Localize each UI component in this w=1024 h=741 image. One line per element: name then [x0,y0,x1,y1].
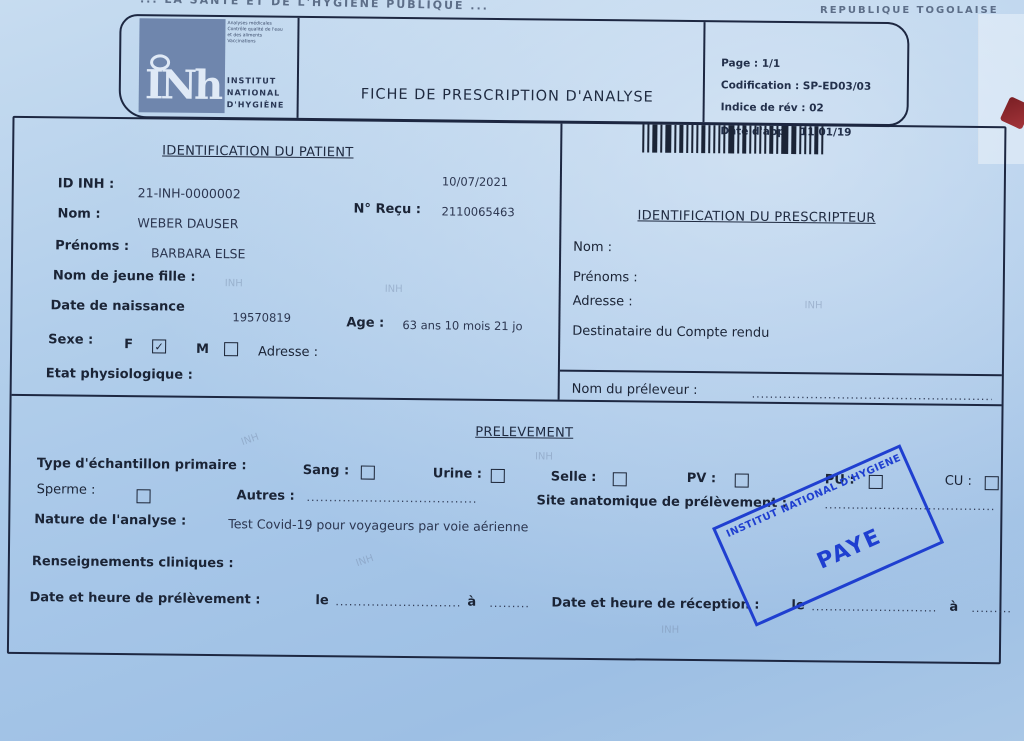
id-label: ID INH : [58,176,115,192]
logo-service: Vaccinations [227,39,295,46]
patient-section-title: IDENTIFICATION DU PATIENT [162,143,354,160]
meta-codification: Codification : SP-ED03/03 [721,74,872,98]
nature-analyse-value[interactable]: Test Covid-19 pour voyageurs par voie aé… [228,516,528,534]
institute-name-line: D'HYGIÈNE [227,99,285,112]
logo-mark: INh [145,61,221,109]
date-reception-label: Date et heure de réception : [551,596,759,613]
institute-name-line: NATIONAL [227,87,285,100]
sexe-m-checkbox[interactable] [224,342,238,356]
sample-cu-checkbox[interactable] [985,476,999,490]
watermark: INH [240,432,261,448]
date-prelevement-le: le [315,593,328,608]
meta-page: Page : 1/1 [721,52,872,76]
watermark: INH [385,284,403,295]
institute-name-line: INSTITUT [227,75,285,88]
sample-selle-label: Selle : [551,470,597,485]
dob-label: Date de naissance [50,298,184,314]
presc-nom-label: Nom : [573,240,612,255]
nom-label: Nom : [57,206,100,221]
checkmark-icon: ✓ [154,341,163,352]
date-prelevement-label: Date et heure de prélèvement : [29,590,260,607]
receipt-value[interactable]: 2110065463 [441,204,514,219]
date-reception-field[interactable]: ............................... [811,600,935,614]
sample-pv-checkbox[interactable] [735,473,749,487]
form-body: IDENTIFICATION DU PATIENT 10/07/2021 ID … [7,116,1007,664]
date-prelevement-field[interactable]: ............................... [335,595,459,609]
institute-name: INSTITUT NATIONAL D'HYGIÈNE [227,75,285,112]
presc-prenoms-label: Prénoms : [573,270,638,286]
form-header: INh Analyses médicales Contrôle qualité … [119,14,910,126]
sample-urine-checkbox[interactable] [491,469,505,483]
sexe-m-label: M [196,342,209,357]
dob-value[interactable]: 19570819 [232,310,291,325]
inh-logo: INh [139,18,226,113]
prescripteur-section-title: IDENTIFICATION DU PRESCRIPTEUR [637,208,875,225]
etat-physiologique-label: Etat physiologique : [46,366,193,383]
sample-urine-label: Urine : [433,466,482,482]
age-label: Age : [346,315,384,330]
destinataire-label: Destinataire du Compte rendu [572,324,769,341]
sample-sang-checkbox[interactable] [361,466,375,480]
heure-prelevement-field[interactable]: ......... [489,597,531,610]
sample-cu-label: CU : [945,474,972,489]
sample-pv-label: PV : [687,471,716,486]
renseignements-label: Renseignements cliniques : [32,554,234,571]
sexe-f-label: F [124,337,133,352]
date-prelevement-a: à [467,595,476,610]
sample-type-label: Type d'échantillon primaire : [37,456,247,473]
date-reception-a: à [949,600,958,615]
autres-label: Autres : [236,488,294,504]
watermark: INH [805,300,823,311]
watermark: INH [535,451,553,462]
meta-revision: Indice de rév : 02 [721,96,872,120]
header-divider [297,18,300,118]
nom-value[interactable]: WEBER DAUSER [137,215,238,231]
sexe-f-checkbox[interactable]: ✓ [152,339,166,353]
sample-sang-label: Sang : [303,463,350,478]
adresse-label: Adresse : [258,344,318,360]
barcode [642,124,823,154]
watermark: INH [355,553,376,569]
preleveur-field[interactable]: ........................................… [752,388,992,404]
sample-sperme-label: Sperme : [37,482,96,498]
stamp-status-text: PAYE [813,524,885,574]
logo-text: Analyses médicales Contrôle qualité de l… [227,21,296,114]
prescription-form: INh Analyses médicales Contrôle qualité … [0,0,1024,741]
heure-reception-field[interactable]: ......... [971,602,1011,615]
page-title: FICHE DE PRESCRIPTION D'ANALYSE [361,87,654,106]
maiden-name-label: Nom de jeune fille : [53,268,196,284]
preleveur-label: Nom du préleveur : [572,382,698,398]
site-anatomique-label: Site anatomique de prélèvement : [536,493,787,511]
prenoms-value[interactable]: BARBARA ELSE [151,245,245,261]
id-value[interactable]: 21-INH-0000002 [138,185,241,201]
receipt-label: N° Reçu : [353,201,421,217]
form-date: 10/07/2021 [442,174,508,189]
preleveur-divider [560,370,1002,377]
sexe-label: Sexe : [48,332,93,347]
watermark: INH [225,278,243,289]
sample-sperme-checkbox[interactable] [136,489,150,503]
watermark: INH [661,625,679,636]
prelevement-section-title: PRELEVEMENT [475,425,573,441]
nature-analyse-label: Nature de l'analyse : [34,512,186,529]
section-divider-vertical [558,124,563,400]
header-divider [703,22,706,122]
presc-adresse-label: Adresse : [573,294,633,310]
age-value[interactable]: 63 ans 10 mois 21 jo [402,318,522,333]
autres-field[interactable]: ........................................… [306,491,476,506]
sample-selle-checkbox[interactable] [613,472,627,486]
prenoms-label: Prénoms : [55,238,129,254]
